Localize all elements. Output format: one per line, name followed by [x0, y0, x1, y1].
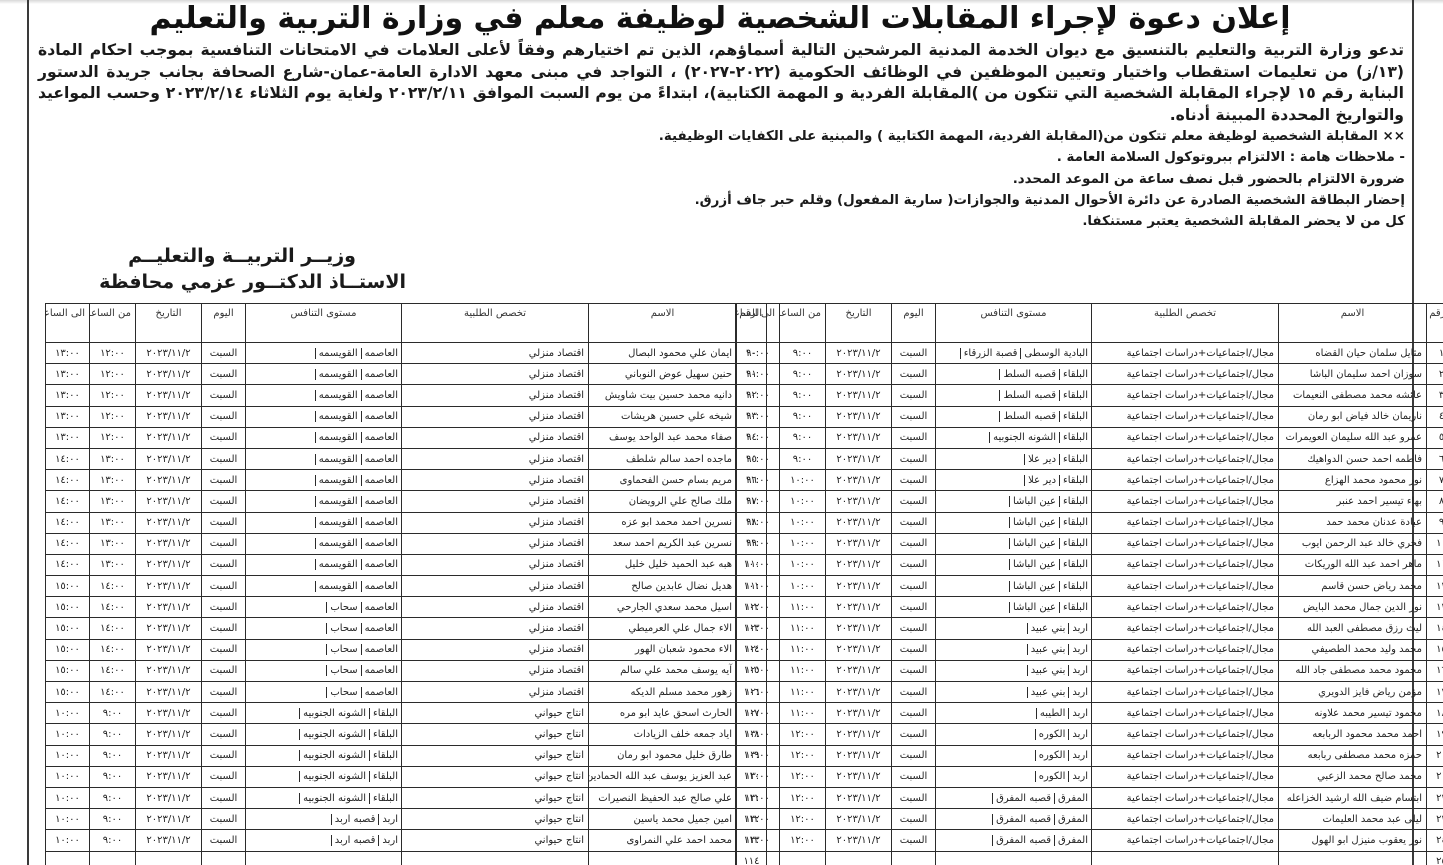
cell-day: السبت	[202, 554, 246, 575]
cell-area: القويسمه	[315, 475, 361, 486]
cell-day: السبت	[892, 576, 936, 597]
cell-level: العاصمه القويسمه	[246, 427, 402, 448]
cell-date: ٢٠٢٣/١١/٢	[826, 533, 892, 554]
note-arrive-early: ضرورة الالتزام بالحضور قبل نصف ساعة من ا…	[405, 169, 1405, 190]
cell-to: ١٤:٠٠	[46, 491, 90, 512]
cell-date: ٢٠٢٣/١١/٢	[136, 724, 202, 745]
cell-to: ١٤:٠٠	[46, 512, 90, 533]
table-row: ٢١ محمد صالح محمد الزعبي مجال/اجتماعيات+…	[736, 766, 1443, 787]
cell-spec: اقتصاد منزلي	[402, 470, 589, 491]
cell-from: ١٢:٠٠	[90, 364, 136, 385]
header-day: اليوم	[892, 304, 936, 343]
cell-day: السبت	[892, 703, 936, 724]
cell-num: ٩	[1427, 512, 1443, 533]
cell-spec: انتاج حيواني	[402, 766, 589, 787]
table-row: ٩٥ ماجده احمد سالم شلطف اقتصاد منزلي الع…	[46, 448, 767, 469]
cell-from: ١٢:٠٠	[90, 343, 136, 364]
cell-level: العاصمه القويسمه	[246, 491, 402, 512]
cell-day: السبت	[892, 745, 936, 766]
cell-to: ١٠:٠٠	[46, 809, 90, 830]
cell-spec: اقتصاد منزلي	[402, 639, 589, 660]
cell-num: ٩٨	[737, 512, 767, 533]
cell-from: ١٢:٠٠	[780, 745, 826, 766]
cell-to: ١٣:٠٠	[46, 427, 90, 448]
cell-name: امين جميل محمد ياسين	[589, 809, 737, 830]
cell-governorate: البلقاء	[369, 708, 401, 719]
cell-num: ١٣	[1427, 597, 1443, 618]
cell-num: ١٠٨	[737, 724, 767, 745]
cell-level: البلقاء الشونه الجنوبيه	[246, 766, 402, 787]
cell-level: البلقاء دير علا	[936, 448, 1092, 469]
cell-governorate: البلقاء	[1059, 538, 1091, 549]
cell-day: السبت	[892, 809, 936, 830]
cell-num: ١٠٦	[737, 682, 767, 703]
cell-area: قصبه اربد	[331, 835, 379, 846]
header-to: الى الساعة	[46, 304, 90, 343]
table-row: ٩٨ نسرين احمد محمد ابو عزه اقتصاد منزلي …	[46, 512, 767, 533]
cell-date: ٢٠٢٣/١١/٢	[826, 703, 892, 724]
table-row: ٢٠ حمزه محمد مصطفى ربابعه مجال/اجتماعيات…	[736, 745, 1443, 766]
cell-spec: اقتصاد منزلي	[402, 554, 589, 575]
cell-governorate: العاصمه	[361, 559, 401, 570]
candidates-table-right: الرقم الاسم تخصص الطلبية مستوى التنافس ا…	[735, 303, 1443, 865]
cell-level: المفرق قصبه المفرق	[936, 809, 1092, 830]
cell-spec: مجال/اجتماعيات+دراسات اجتماعية	[1092, 533, 1279, 554]
cell-level: العاصمه القويسمه	[246, 343, 402, 364]
table-row: ١ مثايل سلمان حيان القضاه مجال/اجتماعيات…	[736, 343, 1443, 364]
cell-level: العاصمه القويسمه	[246, 364, 402, 385]
cell-governorate: العاصمه	[361, 623, 401, 634]
cell-area: عين الباشا	[1009, 602, 1059, 613]
cell-spec: اقتصاد منزلي	[402, 533, 589, 554]
table-row: ١٠٧ الحارث اسحق عايد ابو مره انتاج حيوان…	[46, 703, 767, 724]
table-row: ١١٢ امين جميل محمد ياسين انتاج حيواني ار…	[46, 809, 767, 830]
cell-date: ٢٠٢٣/١١/٢	[136, 809, 202, 830]
cell-from: ١١:٠٠	[780, 703, 826, 724]
cell-date: ٢٠٢٣/١١/٢	[136, 682, 202, 703]
cell-governorate: البادية الوسطى	[1020, 348, 1091, 359]
cell-day: السبت	[202, 512, 246, 533]
cell-day: السبت	[892, 554, 936, 575]
cell-day: السبت	[892, 618, 936, 639]
cell-area: سحاب	[326, 687, 360, 698]
cell-name: عمرو عبد الله سليمان العويمرات	[1279, 427, 1427, 448]
cell-governorate: المفرق	[1054, 793, 1091, 804]
table-row: ١٠٣ الاء جمال علي العرميطي اقتصاد منزلي …	[46, 618, 767, 639]
cell-num: ٢١	[1427, 766, 1443, 787]
cell-from: ١٣:٠٠	[90, 448, 136, 469]
cell-governorate: اربد	[1068, 729, 1091, 740]
cell-name: ايمان علي محمود البصال	[589, 343, 737, 364]
cell-num: ٩٩	[737, 533, 767, 554]
cell-governorate: اربد	[378, 814, 401, 825]
cell-spec: انتاج حيواني	[402, 787, 589, 808]
cell-spec: مجال/اجتماعيات+دراسات اجتماعية	[1092, 745, 1279, 766]
cell-area: سحاب	[326, 623, 360, 634]
cell-from: ٩:٠٠	[90, 809, 136, 830]
cell-spec: مجال/اجتماعيات+دراسات اجتماعية	[1092, 597, 1279, 618]
cell-date: ٢٠٢٣/١١/٢	[826, 343, 892, 364]
cell-from: ٩:٠٠	[90, 745, 136, 766]
cell-area: الكوره	[1035, 750, 1069, 761]
table-row: ١٢ محمد رياض حسن قاسم مجال/اجتماعيات+درا…	[736, 576, 1443, 597]
cell-area: قصبه السلط	[999, 411, 1059, 422]
cell-spec: اقتصاد منزلي	[402, 660, 589, 681]
cell-name: نور الدين جمال محمد البايض	[1279, 597, 1427, 618]
cell-from: ٩:٠٠	[780, 427, 826, 448]
cell-area: القويسمه	[315, 454, 361, 465]
cell-from: ١٣:٠٠	[90, 533, 136, 554]
cell-to: ١٣:٠٠	[46, 364, 90, 385]
cell-area: القويسمه	[315, 432, 361, 443]
cell-spec: اقتصاد منزلي	[402, 385, 589, 406]
cell-governorate: العاصمه	[361, 348, 401, 359]
cell-governorate: البلقاء	[1059, 369, 1091, 380]
signature-title: وزيــر التربيــة والتعليــم	[46, 243, 406, 269]
cell-spec: اقتصاد منزلي	[402, 618, 589, 639]
cell-governorate: اربد	[1068, 665, 1091, 676]
table-row: ١١ ماهر احمد عبد الله الوريكات مجال/اجتم…	[736, 554, 1443, 575]
cell-area: الشونه الجنوبيه	[299, 708, 369, 719]
cell-name: محمد صالح محمد الزعبي	[1279, 766, 1427, 787]
header-spec: تخصص الطلبية	[402, 304, 589, 343]
cell-name: سوزان احمد سليمان الباشا	[1279, 364, 1427, 385]
cell-level: البلقاء عين الباشا	[936, 554, 1092, 575]
cell-from: ٩:٠٠	[780, 364, 826, 385]
cell-spec: مجال/اجتماعيات+دراسات اجتماعية	[1092, 830, 1279, 851]
note-absence-policy: كل من لا يحضر المقابلة الشخصية يعتبر مست…	[405, 211, 1405, 232]
cell-spec: مجال/اجتماعيات+دراسات اجتماعية	[1092, 343, 1279, 364]
cell-from: ١٤:٠٠	[90, 639, 136, 660]
cell-num: ١٠٠	[737, 554, 767, 575]
cell-name: اسيل محمد سعدي الجارحي	[589, 597, 737, 618]
cell-spec: مجال/اجتماعيات+دراسات اجتماعية	[1092, 766, 1279, 787]
cell-num: ٩٧	[737, 491, 767, 512]
cell-date: ٢٠٢٣/١١/٢	[136, 385, 202, 406]
cell-spec: اقتصاد منزلي	[402, 406, 589, 427]
cell-day: السبت	[892, 427, 936, 448]
cell-from: ١٢:٠٠	[780, 809, 826, 830]
cell-name: فخري خالد عبد الرحمن ايوب	[1279, 533, 1427, 554]
cell-name: دانيه محمد حسين بيت شاويش	[589, 385, 737, 406]
cell-day: السبت	[202, 809, 246, 830]
cell-from: ١٤:٠٠	[90, 576, 136, 597]
cell-spec: اقتصاد منزلي	[402, 364, 589, 385]
cell-governorate: العاصمه	[361, 496, 401, 507]
cell-num: ٧	[1427, 470, 1443, 491]
cell-area: عين الباشا	[1009, 559, 1059, 570]
cell-day	[202, 851, 246, 865]
cell-level: اربد بني عبيد	[936, 618, 1092, 639]
cell-level: العاصمه القويسمه	[246, 385, 402, 406]
cell-day: السبت	[202, 576, 246, 597]
table-row: ١١١ علي صالح عبد الحفيظ النصيرات انتاج ح…	[46, 787, 767, 808]
cell-day: السبت	[202, 660, 246, 681]
cell-name: محمود تيسير محمد علاونه	[1279, 703, 1427, 724]
cell-num: ٢٥	[1427, 851, 1443, 865]
cell-level: البلقاء عين الباشا	[936, 533, 1092, 554]
cell-name: ناريمان خالد فياض ابو رمان	[1279, 406, 1427, 427]
cell-name: نور محمود محمد الهزاع	[1279, 470, 1427, 491]
cell-to: ١٣:٠٠	[46, 343, 90, 364]
cell-num: ١١٢	[737, 809, 767, 830]
cell-num: ١١	[1427, 554, 1443, 575]
cell-area: الطيبه	[1036, 708, 1068, 719]
cell-num: ٢٠	[1427, 745, 1443, 766]
cell-date: ٢٠٢٣/١١/٢	[826, 639, 892, 660]
cell-level: البلقاء الشونه الجنوبيه	[246, 787, 402, 808]
table-row: ١٧ مؤمن رياض فايز الدويري مجال/اجتماعيات…	[736, 682, 1443, 703]
cell-num: ٢	[1427, 364, 1443, 385]
cell-day: السبت	[202, 533, 246, 554]
cell-level: اربد بني عبيد	[936, 682, 1092, 703]
table-row: ٩٠ ايمان علي محمود البصال اقتصاد منزلي ا…	[46, 343, 767, 364]
cell-spec: انتاج حيواني	[402, 745, 589, 766]
cell-from: ١٤:٠٠	[90, 660, 136, 681]
cell-num: ١٨	[1427, 703, 1443, 724]
cell-to: ١٣:٠٠	[46, 385, 90, 406]
cell-name: محمد وليد محمد الطصيفي	[1279, 639, 1427, 660]
cell-spec: مجال/اجتماعيات+دراسات اجتماعية	[1092, 724, 1279, 745]
cell-area: الشونه الجنوبيه	[299, 793, 369, 804]
cell-level: العاصمه القويسمه	[246, 533, 402, 554]
cell-num: ١١١	[737, 787, 767, 808]
cell-to: ١٣:٠٠	[46, 406, 90, 427]
cell-to: ١٥:٠٠	[46, 576, 90, 597]
cell-area: بني عبيد	[1027, 665, 1069, 676]
cell-day: السبت	[892, 364, 936, 385]
table-row: ٩٤ صفاء محمد عبد الواحد يوسف اقتصاد منزل…	[46, 427, 767, 448]
table-row: ١٠٨ اياد جمعه خلف الزيادات انتاج حيواني …	[46, 724, 767, 745]
cell-date: ٢٠٢٣/١١/٢	[136, 745, 202, 766]
cell-from: ١٢:٠٠	[90, 385, 136, 406]
cell-name: عبادة عدنان محمد حمد	[1279, 512, 1427, 533]
cell-to	[46, 851, 90, 865]
cell-num: ١١٠	[737, 766, 767, 787]
cell-to: ١٤:٠٠	[46, 554, 90, 575]
table-row: ٢٣ ليلى عبد محمد العليمات مجال/اجتماعيات…	[736, 809, 1443, 830]
cell-from: ٩:٠٠	[780, 385, 826, 406]
cell-day: السبت	[202, 703, 246, 724]
cell-governorate: العاصمه	[361, 538, 401, 549]
cell-from: ٩:٠٠	[90, 787, 136, 808]
cell-level: البلقاء دير علا	[936, 470, 1092, 491]
cell-name: ليلى عبد محمد العليمات	[1279, 809, 1427, 830]
table-row: ١٠٠ هبه عبد الحميد خليل خليل اقتصاد منزل…	[46, 554, 767, 575]
cell-level: المفرق قصبه المفرق	[936, 830, 1092, 851]
table-row: ١٠٦ زهور محمد مسلم الديكه اقتصاد منزلي ا…	[46, 682, 767, 703]
table-row: ١٦ محمود محمد مصطفى جاد الله مجال/اجتماع…	[736, 660, 1443, 681]
cell-num: ٢٤	[1427, 830, 1443, 851]
cell-area: قصبه المفرق	[992, 814, 1054, 825]
cell-date: ٢٠٢٣/١١/٢	[826, 830, 892, 851]
cell-area: القويسمه	[315, 559, 361, 570]
cell-date: ٢٠٢٣/١١/٢	[136, 491, 202, 512]
cell-name: آيه يوسف محمد علي سالم	[589, 660, 737, 681]
cell-num: ٩٠	[737, 343, 767, 364]
cell-num: ٢٢	[1427, 787, 1443, 808]
header-num: الرقم	[737, 304, 767, 343]
table-row: ٩٧ ملك صالح علي الرويضان اقتصاد منزلي ال…	[46, 491, 767, 512]
cell-spec: اقتصاد منزلي	[402, 597, 589, 618]
cell-num: ٩٥	[737, 448, 767, 469]
table-row: ٩٢ دانيه محمد حسين بيت شاويش اقتصاد منزل…	[46, 385, 767, 406]
table-row: ١٠٥ آيه يوسف محمد علي سالم اقتصاد منزلي …	[46, 660, 767, 681]
cell-num: ٩٤	[737, 427, 767, 448]
cell-governorate: المفرق	[1054, 814, 1091, 825]
cell-spec: اقتصاد منزلي	[402, 491, 589, 512]
cell-day: السبت	[202, 639, 246, 660]
cell-to: ١٠:٠٠	[46, 787, 90, 808]
cell-level: البلقاء الشونه الجنوبيه	[246, 724, 402, 745]
table-row: ٩٦ مريم بسام حسن الفحماوى اقتصاد منزلي ا…	[46, 470, 767, 491]
cell-level: اربد قصبه اربد	[246, 830, 402, 851]
table-row: ٢٤ نور يعقوب منيزل ابو الهول مجال/اجتماع…	[736, 830, 1443, 851]
cell-num: ٥	[1427, 427, 1443, 448]
header-level: مستوى التنافس	[936, 304, 1092, 343]
cell-area: سحاب	[326, 644, 360, 655]
header-level: مستوى التنافس	[246, 304, 402, 343]
cell-spec: انتاج حيواني	[402, 703, 589, 724]
signature-name: الاستــاذ الدكتــور عزمي محافظة	[46, 269, 406, 295]
cell-governorate: العاصمه	[361, 390, 401, 401]
cell-level: البلقاء قصبه السلط	[936, 364, 1092, 385]
cell-level: البلقاء عين الباشا	[936, 576, 1092, 597]
cell-num: ١٠٤	[737, 639, 767, 660]
cell-name: حمزه محمد مصطفى ربابعه	[1279, 745, 1427, 766]
cell-day: السبت	[892, 597, 936, 618]
cell-area: دير علا	[1024, 454, 1059, 465]
cell-governorate: اربد	[1068, 644, 1091, 655]
cell-spec: اقتصاد منزلي	[402, 448, 589, 469]
cell-level: البلقاء الشونه الجنوبيه	[936, 427, 1092, 448]
cell-day: السبت	[892, 512, 936, 533]
cell-from: ١٣:٠٠	[90, 491, 136, 512]
cell-name: مثايل سلمان حيان القضاه	[1279, 343, 1427, 364]
cell-spec: مجال/اجتماعيات+دراسات اجتماعية	[1092, 427, 1279, 448]
cell-from: ١٢:٠٠	[90, 427, 136, 448]
cell-from: ١١:٠٠	[780, 618, 826, 639]
cell-day: السبت	[202, 682, 246, 703]
cell-spec: انتاج حيواني	[402, 809, 589, 830]
cell-date: ٢٠٢٣/١١/٢	[826, 597, 892, 618]
header-num: الرقم	[1427, 304, 1443, 343]
cell-name: محمود محمد مصطفى جاد الله	[1279, 660, 1427, 681]
cell-spec: مجال/اجتماعيات+دراسات اجتماعية	[1092, 787, 1279, 808]
cell-date: ٢٠٢٣/١١/٢	[826, 745, 892, 766]
cell-name: نسرين عبد الكريم احمد سعد	[589, 533, 737, 554]
cell-to: ١٠:٠٠	[46, 830, 90, 851]
cell-date: ٢٠٢٣/١١/٢	[826, 554, 892, 575]
cell-date: ٢٠٢٣/١١/٢	[826, 448, 892, 469]
cell-area: القويسمه	[315, 517, 361, 528]
cell-name: ليث رزق مصطفى العبد الله	[1279, 618, 1427, 639]
cell-from: ١٠:٠٠	[780, 491, 826, 512]
table-row: ٦ فاطمه احمد حسن الدواهيك مجال/اجتماعيات…	[736, 448, 1443, 469]
cell-area: قصبة الزرقاء	[960, 348, 1021, 359]
cell-area: سحاب	[326, 602, 360, 613]
cell-name: ملك صالح علي الرويضان	[589, 491, 737, 512]
cell-area: القويسمه	[315, 538, 361, 549]
cell-date: ٢٠٢٣/١١/٢	[136, 597, 202, 618]
header-from: من الساعة	[780, 304, 826, 343]
cell-spec: اقتصاد منزلي	[402, 427, 589, 448]
table-row: ١٠٢ اسيل محمد سعدي الجارحي اقتصاد منزلي …	[46, 597, 767, 618]
cell-num: ١٥	[1427, 639, 1443, 660]
cell-level: البلقاء عين الباشا	[936, 491, 1092, 512]
cell-date: ٢٠٢٣/١١/٢	[826, 660, 892, 681]
cell-from: ١٣:٠٠	[90, 470, 136, 491]
cell-num: ٦	[1427, 448, 1443, 469]
cell-name: ماهر احمد عبد الله الوريكات	[1279, 554, 1427, 575]
cell-to: ١٥:٠٠	[46, 682, 90, 703]
cell-num: ٤	[1427, 406, 1443, 427]
cell-num: ١٩	[1427, 724, 1443, 745]
cell-spec: اقتصاد منزلي	[402, 576, 589, 597]
cell-spec	[1092, 851, 1279, 865]
cell-governorate: العاصمه	[361, 475, 401, 486]
cell-name: بهاء تيسير احمد عنبر	[1279, 491, 1427, 512]
cell-to: ١٥:٠٠	[46, 618, 90, 639]
cell-spec: مجال/اجتماعيات+دراسات اجتماعية	[1092, 448, 1279, 469]
cell-from: ١٢:٠٠	[780, 724, 826, 745]
cell-day: السبت	[892, 787, 936, 808]
cell-area: عين الباشا	[1009, 538, 1059, 549]
cell-area: قصبه المفرق	[992, 835, 1054, 846]
cell-governorate: اربد	[1068, 771, 1091, 782]
header-spec: تخصص الطلبية	[1092, 304, 1279, 343]
table-row: ٩ عبادة عدنان محمد حمد مجال/اجتماعيات+در…	[736, 512, 1443, 533]
cell-day: السبت	[892, 830, 936, 851]
cell-day: السبت	[202, 724, 246, 745]
cell-to: ١٤:٠٠	[46, 470, 90, 491]
cell-level: العاصمه سحاب	[246, 682, 402, 703]
cell-date: ٢٠٢٣/١١/٢	[826, 766, 892, 787]
header-date: التاريخ	[136, 304, 202, 343]
cell-governorate: البلقاء	[1059, 581, 1091, 592]
cell-spec: مجال/اجتماعيات+دراسات اجتماعية	[1092, 554, 1279, 575]
cell-num: ١١٤	[737, 851, 767, 865]
table-row: ١١٠ عبد العزيز يوسف عبد الله الحمادين ان…	[46, 766, 767, 787]
cell-date: ٢٠٢٣/١١/٢	[826, 406, 892, 427]
cell-from: ٩:٠٠	[780, 343, 826, 364]
cell-governorate: العاصمه	[361, 369, 401, 380]
cell-from	[780, 851, 826, 865]
announcement-intro: تدعو وزارة التربية والتعليم بالتنسيق مع …	[38, 40, 1404, 126]
cell-day: السبت	[892, 533, 936, 554]
cell-area: الكوره	[1035, 771, 1069, 782]
cell-num: ١٦	[1427, 660, 1443, 681]
cell-date: ٢٠٢٣/١١/٢	[136, 406, 202, 427]
cell-day	[892, 851, 936, 865]
table-row: ٢٥	[736, 851, 1443, 865]
cell-area: قصبه اربد	[331, 814, 379, 825]
cell-from: ١٠:٠٠	[780, 512, 826, 533]
cell-num: ١٤	[1427, 618, 1443, 639]
cell-day: السبت	[202, 766, 246, 787]
cell-governorate: اربد	[1068, 708, 1091, 719]
cell-date: ٢٠٢٣/١١/٢	[136, 703, 202, 724]
header-day: اليوم	[202, 304, 246, 343]
cell-area: الشونه الجنوبيه	[989, 432, 1059, 443]
cell-day: السبت	[202, 491, 246, 512]
cell-area: قصبه السلط	[999, 390, 1059, 401]
cell-name: مؤمن رياض فايز الدويري	[1279, 682, 1427, 703]
cell-name: الاء محمود شعبان الهور	[589, 639, 737, 660]
cell-day: السبت	[202, 597, 246, 618]
cell-to: ١٤:٠٠	[46, 448, 90, 469]
table-row: ١٣ نور الدين جمال محمد البايض مجال/اجتما…	[736, 597, 1443, 618]
